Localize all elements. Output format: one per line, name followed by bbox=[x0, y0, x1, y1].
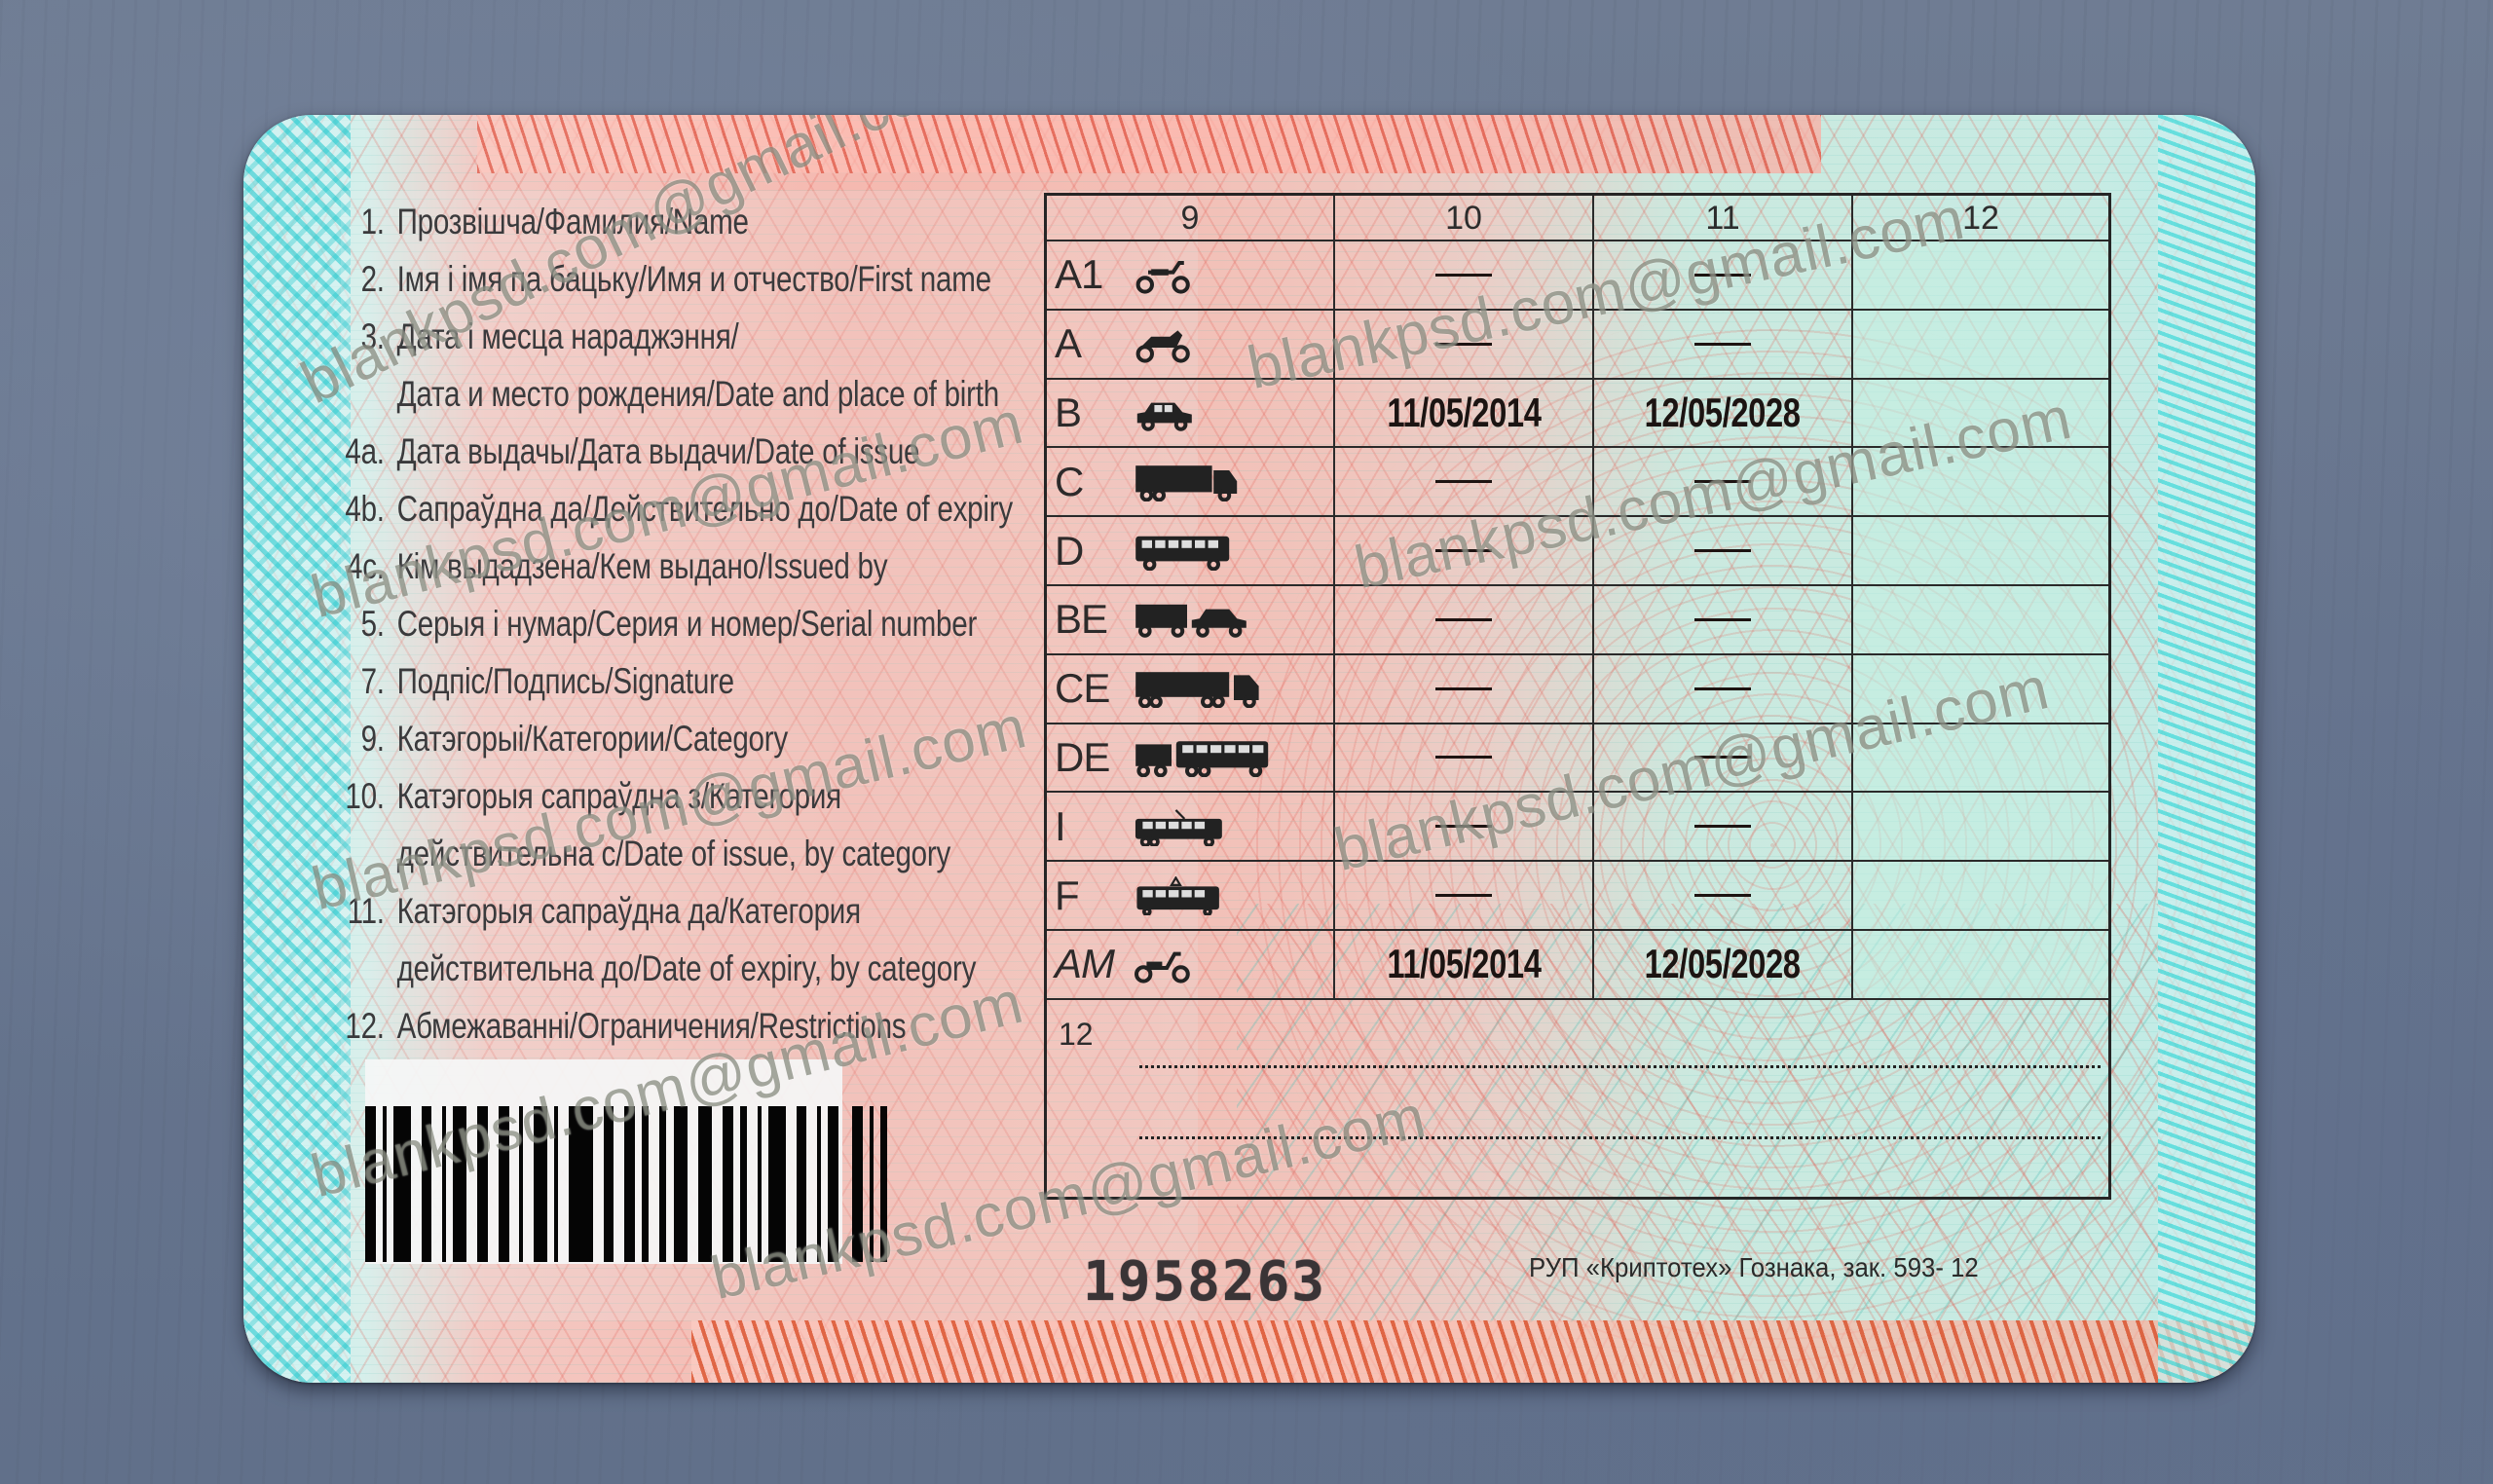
field-label: Дата выдачы/Дата выдачи/Date of issue bbox=[397, 431, 1042, 472]
expiry-date-cell: 12/05/2028 bbox=[1594, 380, 1853, 447]
field-legend-item: 4b.Сапраўдна да/Действительно до/Date of… bbox=[341, 480, 1042, 538]
issue-date-cell bbox=[1335, 448, 1594, 515]
field-legend-item: 12.Абмежаванні/Ограничения/Restrictions bbox=[341, 997, 1042, 1055]
category-cell: B bbox=[1047, 380, 1335, 447]
restrictions-cell bbox=[1853, 311, 2108, 378]
empty-dash bbox=[1435, 549, 1492, 552]
expiry-date-cell bbox=[1594, 862, 1853, 929]
header-col-12: 12 bbox=[1853, 196, 2108, 241]
barcode-gap bbox=[666, 1106, 673, 1262]
field-number: 4a. bbox=[341, 431, 397, 472]
issue-date-cell: 11/05/2014 bbox=[1335, 380, 1594, 447]
category-code: A bbox=[1055, 320, 1133, 367]
empty-dash bbox=[1435, 756, 1492, 759]
barcode-bar bbox=[453, 1106, 466, 1262]
truck-icon bbox=[1133, 463, 1242, 501]
issue-date-cell bbox=[1335, 586, 1594, 653]
empty-dash bbox=[1435, 618, 1492, 621]
table-row: BE bbox=[1047, 586, 2108, 655]
table-row: I bbox=[1047, 793, 2108, 862]
empty-dash bbox=[1435, 894, 1492, 897]
driving-licence-card: 1.Прозвішча/Фамилия/Name2.Імя і імя па б… bbox=[243, 115, 2255, 1383]
category-code: DE bbox=[1055, 734, 1133, 781]
field-legend-item: 4c.Кім выдадзена/Кем выдано/Issued by bbox=[341, 538, 1042, 595]
header-col-9: 9 bbox=[1047, 196, 1335, 241]
issue-date-cell bbox=[1335, 793, 1594, 860]
field-label: Кім выдадзена/Кем выдано/Issued by bbox=[397, 546, 1042, 587]
field-number: 5. bbox=[341, 604, 397, 645]
empty-dash bbox=[1694, 343, 1751, 346]
category-code: I bbox=[1055, 803, 1133, 850]
field-label: Катэгорыі/Категории/Category bbox=[397, 719, 1042, 760]
issue-date-cell bbox=[1335, 517, 1594, 584]
barcode-gap bbox=[558, 1106, 569, 1262]
field-legend-item: 11.Катэгорыя сапраўдна да/Категория bbox=[341, 882, 1042, 940]
barcode-bar bbox=[852, 1106, 863, 1262]
category-cell: F bbox=[1047, 862, 1335, 929]
category-code: F bbox=[1055, 872, 1133, 919]
expiry-date-cell bbox=[1594, 724, 1853, 792]
empty-dash bbox=[1694, 480, 1751, 483]
barcode-gap bbox=[838, 1106, 852, 1262]
field-legend: 1.Прозвішча/Фамилия/Name2.Імя і імя па б… bbox=[341, 193, 1042, 1055]
field-label: Подпіс/Подпись/Signature bbox=[397, 661, 1042, 702]
empty-dash bbox=[1435, 274, 1492, 277]
barcode-gap bbox=[863, 1106, 870, 1262]
category-code: B bbox=[1055, 390, 1133, 436]
barcode-bar bbox=[604, 1106, 614, 1262]
empty-dash bbox=[1694, 756, 1751, 759]
trolleybus-icon bbox=[1133, 807, 1226, 846]
barcode-gap bbox=[488, 1106, 499, 1262]
barcode-gap bbox=[712, 1106, 723, 1262]
field-number: 2. bbox=[341, 259, 397, 300]
issue-date-cell bbox=[1335, 862, 1594, 929]
field-number: 11. bbox=[341, 891, 397, 932]
empty-dash bbox=[1435, 687, 1492, 690]
field-legend-item: действительна с/Date of issue, by catego… bbox=[341, 825, 1042, 882]
date-value: 12/05/2028 bbox=[1645, 390, 1801, 436]
category-cell: A1 bbox=[1047, 241, 1335, 309]
left-border-pattern bbox=[243, 115, 351, 1383]
category-table: 9 10 11 12 A1AB11/05/201412/05/2028CDBEC… bbox=[1044, 193, 2111, 1200]
category-cell: AM bbox=[1047, 931, 1335, 998]
barcode-bar bbox=[768, 1106, 786, 1262]
issue-date-cell: 11/05/2014 bbox=[1335, 931, 1594, 998]
field-label: Імя і імя па бацьку/Имя и отчество/First… bbox=[397, 259, 1042, 300]
table-header: 9 10 11 12 bbox=[1047, 196, 2108, 241]
table-row: A1 bbox=[1047, 241, 2108, 311]
date-value: 11/05/2014 bbox=[1387, 390, 1541, 436]
car-with-trailer-icon bbox=[1133, 600, 1249, 639]
barcode-bar bbox=[828, 1106, 838, 1262]
moped-icon bbox=[1133, 255, 1195, 294]
field-legend-item: 2.Імя і імя па бацьку/Имя и отчество/Fir… bbox=[341, 250, 1042, 308]
restrictions-cell bbox=[1853, 586, 2108, 653]
barcode-bar bbox=[534, 1106, 547, 1262]
barcode-gap bbox=[806, 1106, 817, 1262]
barcode-gap bbox=[733, 1106, 740, 1262]
field-label: действительна до/Date of expiry, by cate… bbox=[397, 948, 1042, 989]
barcode-gap bbox=[747, 1106, 758, 1262]
field-number: 12. bbox=[341, 1006, 397, 1047]
table-row: F bbox=[1047, 862, 2108, 931]
barcode-bar bbox=[674, 1106, 688, 1262]
category-cell: D bbox=[1047, 517, 1335, 584]
issue-date-cell bbox=[1335, 311, 1594, 378]
category-cell: BE bbox=[1047, 586, 1335, 653]
barcode-gap bbox=[688, 1106, 698, 1262]
issue-date-cell bbox=[1335, 241, 1594, 309]
barcode-gap bbox=[821, 1106, 828, 1262]
empty-dash bbox=[1694, 825, 1751, 828]
barcode-gap bbox=[649, 1106, 659, 1262]
restrictions-cell bbox=[1853, 517, 2108, 584]
field-label: Катэгорыя сапраўдна з/Категория bbox=[397, 776, 1042, 817]
expiry-date-cell bbox=[1594, 311, 1853, 378]
barcode-bar bbox=[797, 1106, 807, 1262]
barcode-gap bbox=[509, 1106, 520, 1262]
barcode bbox=[365, 1106, 887, 1262]
field-label: Серыя і нумар/Серия и номер/Serial numbe… bbox=[397, 604, 1042, 645]
field-legend-item: 4a.Дата выдачы/Дата выдачи/Date of issue bbox=[341, 423, 1042, 480]
table-row: AM11/05/201412/05/2028 bbox=[1047, 931, 2108, 1000]
table-row: D bbox=[1047, 517, 2108, 586]
barcode-gap bbox=[431, 1106, 442, 1262]
category-cell: C bbox=[1047, 448, 1335, 515]
barcode-gap bbox=[874, 1106, 880, 1262]
restrictions-cell bbox=[1853, 655, 2108, 723]
barcode-bar bbox=[880, 1106, 887, 1262]
field-number: 3. bbox=[341, 316, 397, 357]
car-icon bbox=[1133, 393, 1195, 432]
printer-imprint: РУП «Криптотех» Гознака, зак. 593- 12 bbox=[1529, 1252, 1979, 1283]
field-number: 10. bbox=[341, 776, 397, 817]
field-label: Абмежаванні/Ограничения/Restrictions bbox=[397, 1006, 1042, 1047]
field-label: Дата і месца нараджэння/ bbox=[397, 316, 1042, 357]
issue-date-cell bbox=[1335, 655, 1594, 723]
category-cell: CE bbox=[1047, 655, 1335, 723]
empty-dash bbox=[1435, 343, 1492, 346]
barcode-gap bbox=[762, 1106, 768, 1262]
barcode-bar bbox=[393, 1106, 411, 1262]
category-code: D bbox=[1055, 528, 1133, 575]
barcode-gap bbox=[523, 1106, 534, 1262]
table-row: C bbox=[1047, 448, 2108, 517]
category-code: AM bbox=[1055, 941, 1133, 987]
barcode-bar bbox=[740, 1106, 747, 1262]
motorcycle-icon bbox=[1133, 324, 1195, 363]
table-row: DE bbox=[1047, 724, 2108, 794]
field-legend-item: 9.Катэгорыі/Категории/Category bbox=[341, 710, 1042, 767]
category-cell: DE bbox=[1047, 724, 1335, 792]
field-legend-item: действительна до/Date of expiry, by cate… bbox=[341, 940, 1042, 997]
bus-icon bbox=[1133, 532, 1234, 571]
barcode-gap bbox=[786, 1106, 797, 1262]
restrictions-cell bbox=[1853, 793, 2108, 860]
articulated-truck-icon bbox=[1133, 669, 1265, 708]
date-value: 12/05/2028 bbox=[1645, 941, 1801, 987]
empty-dash bbox=[1694, 549, 1751, 552]
expiry-date-cell bbox=[1594, 241, 1853, 309]
barcode-gap bbox=[411, 1106, 422, 1262]
barcode-gap bbox=[593, 1106, 604, 1262]
barcode-gap bbox=[635, 1106, 642, 1262]
barcode-gap bbox=[466, 1106, 477, 1262]
bottom-border-pattern bbox=[691, 1320, 2255, 1383]
field-label: Катэгорыя сапраўдна да/Категория bbox=[397, 891, 1042, 932]
category-code: BE bbox=[1055, 596, 1133, 643]
restrictions-cell bbox=[1853, 931, 2108, 998]
field-legend-item: 10.Катэгорыя сапраўдна з/Категория bbox=[341, 767, 1042, 825]
tram-icon bbox=[1133, 876, 1226, 915]
header-col-11: 11 bbox=[1594, 196, 1853, 241]
empty-dash bbox=[1694, 894, 1751, 897]
barcode-bar bbox=[569, 1106, 593, 1262]
header-col-10: 10 bbox=[1335, 196, 1594, 241]
barcode-gap bbox=[376, 1106, 383, 1262]
expiry-date-cell bbox=[1594, 448, 1853, 515]
top-border-pattern bbox=[477, 115, 1821, 173]
barcode-bar bbox=[723, 1106, 733, 1262]
barcode-bar bbox=[477, 1106, 488, 1262]
field-legend-item: 1.Прозвішча/Фамилия/Name bbox=[341, 193, 1042, 250]
barcode-bar bbox=[642, 1106, 649, 1262]
restrictions-line bbox=[1139, 1136, 2101, 1139]
issue-date-cell bbox=[1335, 724, 1594, 792]
expiry-date-cell bbox=[1594, 793, 1853, 860]
field-legend-item: 7.Подпіс/Подпись/Signature bbox=[341, 652, 1042, 710]
barcode-bar bbox=[422, 1106, 432, 1262]
empty-dash bbox=[1435, 480, 1492, 483]
empty-dash bbox=[1435, 825, 1492, 828]
table-row: A bbox=[1047, 311, 2108, 380]
bus-with-trailer-icon bbox=[1133, 738, 1273, 777]
field-legend-item: 5.Серыя і нумар/Серия и номер/Serial num… bbox=[341, 595, 1042, 652]
barcode-gap bbox=[614, 1106, 624, 1262]
expiry-date-cell bbox=[1594, 517, 1853, 584]
barcode-bar bbox=[659, 1106, 666, 1262]
field-label: Дата и место рождения/Date and place of … bbox=[397, 374, 1042, 415]
category-cell: A bbox=[1047, 311, 1335, 378]
category-code: A1 bbox=[1055, 251, 1133, 298]
barcode-gap bbox=[387, 1106, 393, 1262]
field-number: 9. bbox=[341, 719, 397, 760]
empty-dash bbox=[1694, 618, 1751, 621]
restrictions-cell bbox=[1853, 448, 2108, 515]
field-number: 4c. bbox=[341, 546, 397, 587]
table-row: B11/05/201412/05/2028 bbox=[1047, 380, 2108, 449]
category-code: C bbox=[1055, 459, 1133, 505]
field-label: действительна с/Date of issue, by catego… bbox=[397, 834, 1042, 874]
field-label: Прозвішча/Фамилия/Name bbox=[397, 202, 1042, 242]
scooter-icon bbox=[1133, 945, 1195, 983]
date-value: 11/05/2014 bbox=[1387, 941, 1541, 987]
empty-dash bbox=[1694, 274, 1751, 277]
barcode-bar bbox=[365, 1106, 376, 1262]
restrictions-line bbox=[1139, 1065, 2101, 1068]
restrictions-cell bbox=[1853, 241, 2108, 309]
barcode-bar bbox=[698, 1106, 712, 1262]
field-legend-item: 3.Дата і месца нараджэння/ bbox=[341, 308, 1042, 365]
expiry-date-cell bbox=[1594, 655, 1853, 723]
field-number: 4b. bbox=[341, 489, 397, 530]
barcode-gap bbox=[547, 1106, 554, 1262]
empty-dash bbox=[1694, 687, 1751, 690]
serial-number: 1958263 bbox=[1083, 1250, 1326, 1314]
field-label: Сапраўдна да/Действительно до/Date of ex… bbox=[397, 489, 1042, 530]
restrictions-box: 12 bbox=[1047, 1001, 2108, 1200]
field-legend-item: Дата и место рождения/Date and place of … bbox=[341, 365, 1042, 423]
field-number: 7. bbox=[341, 661, 397, 702]
category-code: CE bbox=[1055, 665, 1133, 712]
restrictions-cell bbox=[1853, 380, 2108, 447]
barcode-gap bbox=[446, 1106, 453, 1262]
restrictions-label: 12 bbox=[1059, 1017, 1094, 1053]
expiry-date-cell: 12/05/2028 bbox=[1594, 931, 1853, 998]
restrictions-cell bbox=[1853, 724, 2108, 792]
barcode-bar bbox=[624, 1106, 635, 1262]
table-row: CE bbox=[1047, 655, 2108, 724]
category-cell: I bbox=[1047, 793, 1335, 860]
right-border-pattern bbox=[2158, 115, 2255, 1383]
expiry-date-cell bbox=[1594, 586, 1853, 653]
restrictions-cell bbox=[1853, 862, 2108, 929]
field-number: 1. bbox=[341, 202, 397, 242]
barcode-bar bbox=[499, 1106, 509, 1262]
